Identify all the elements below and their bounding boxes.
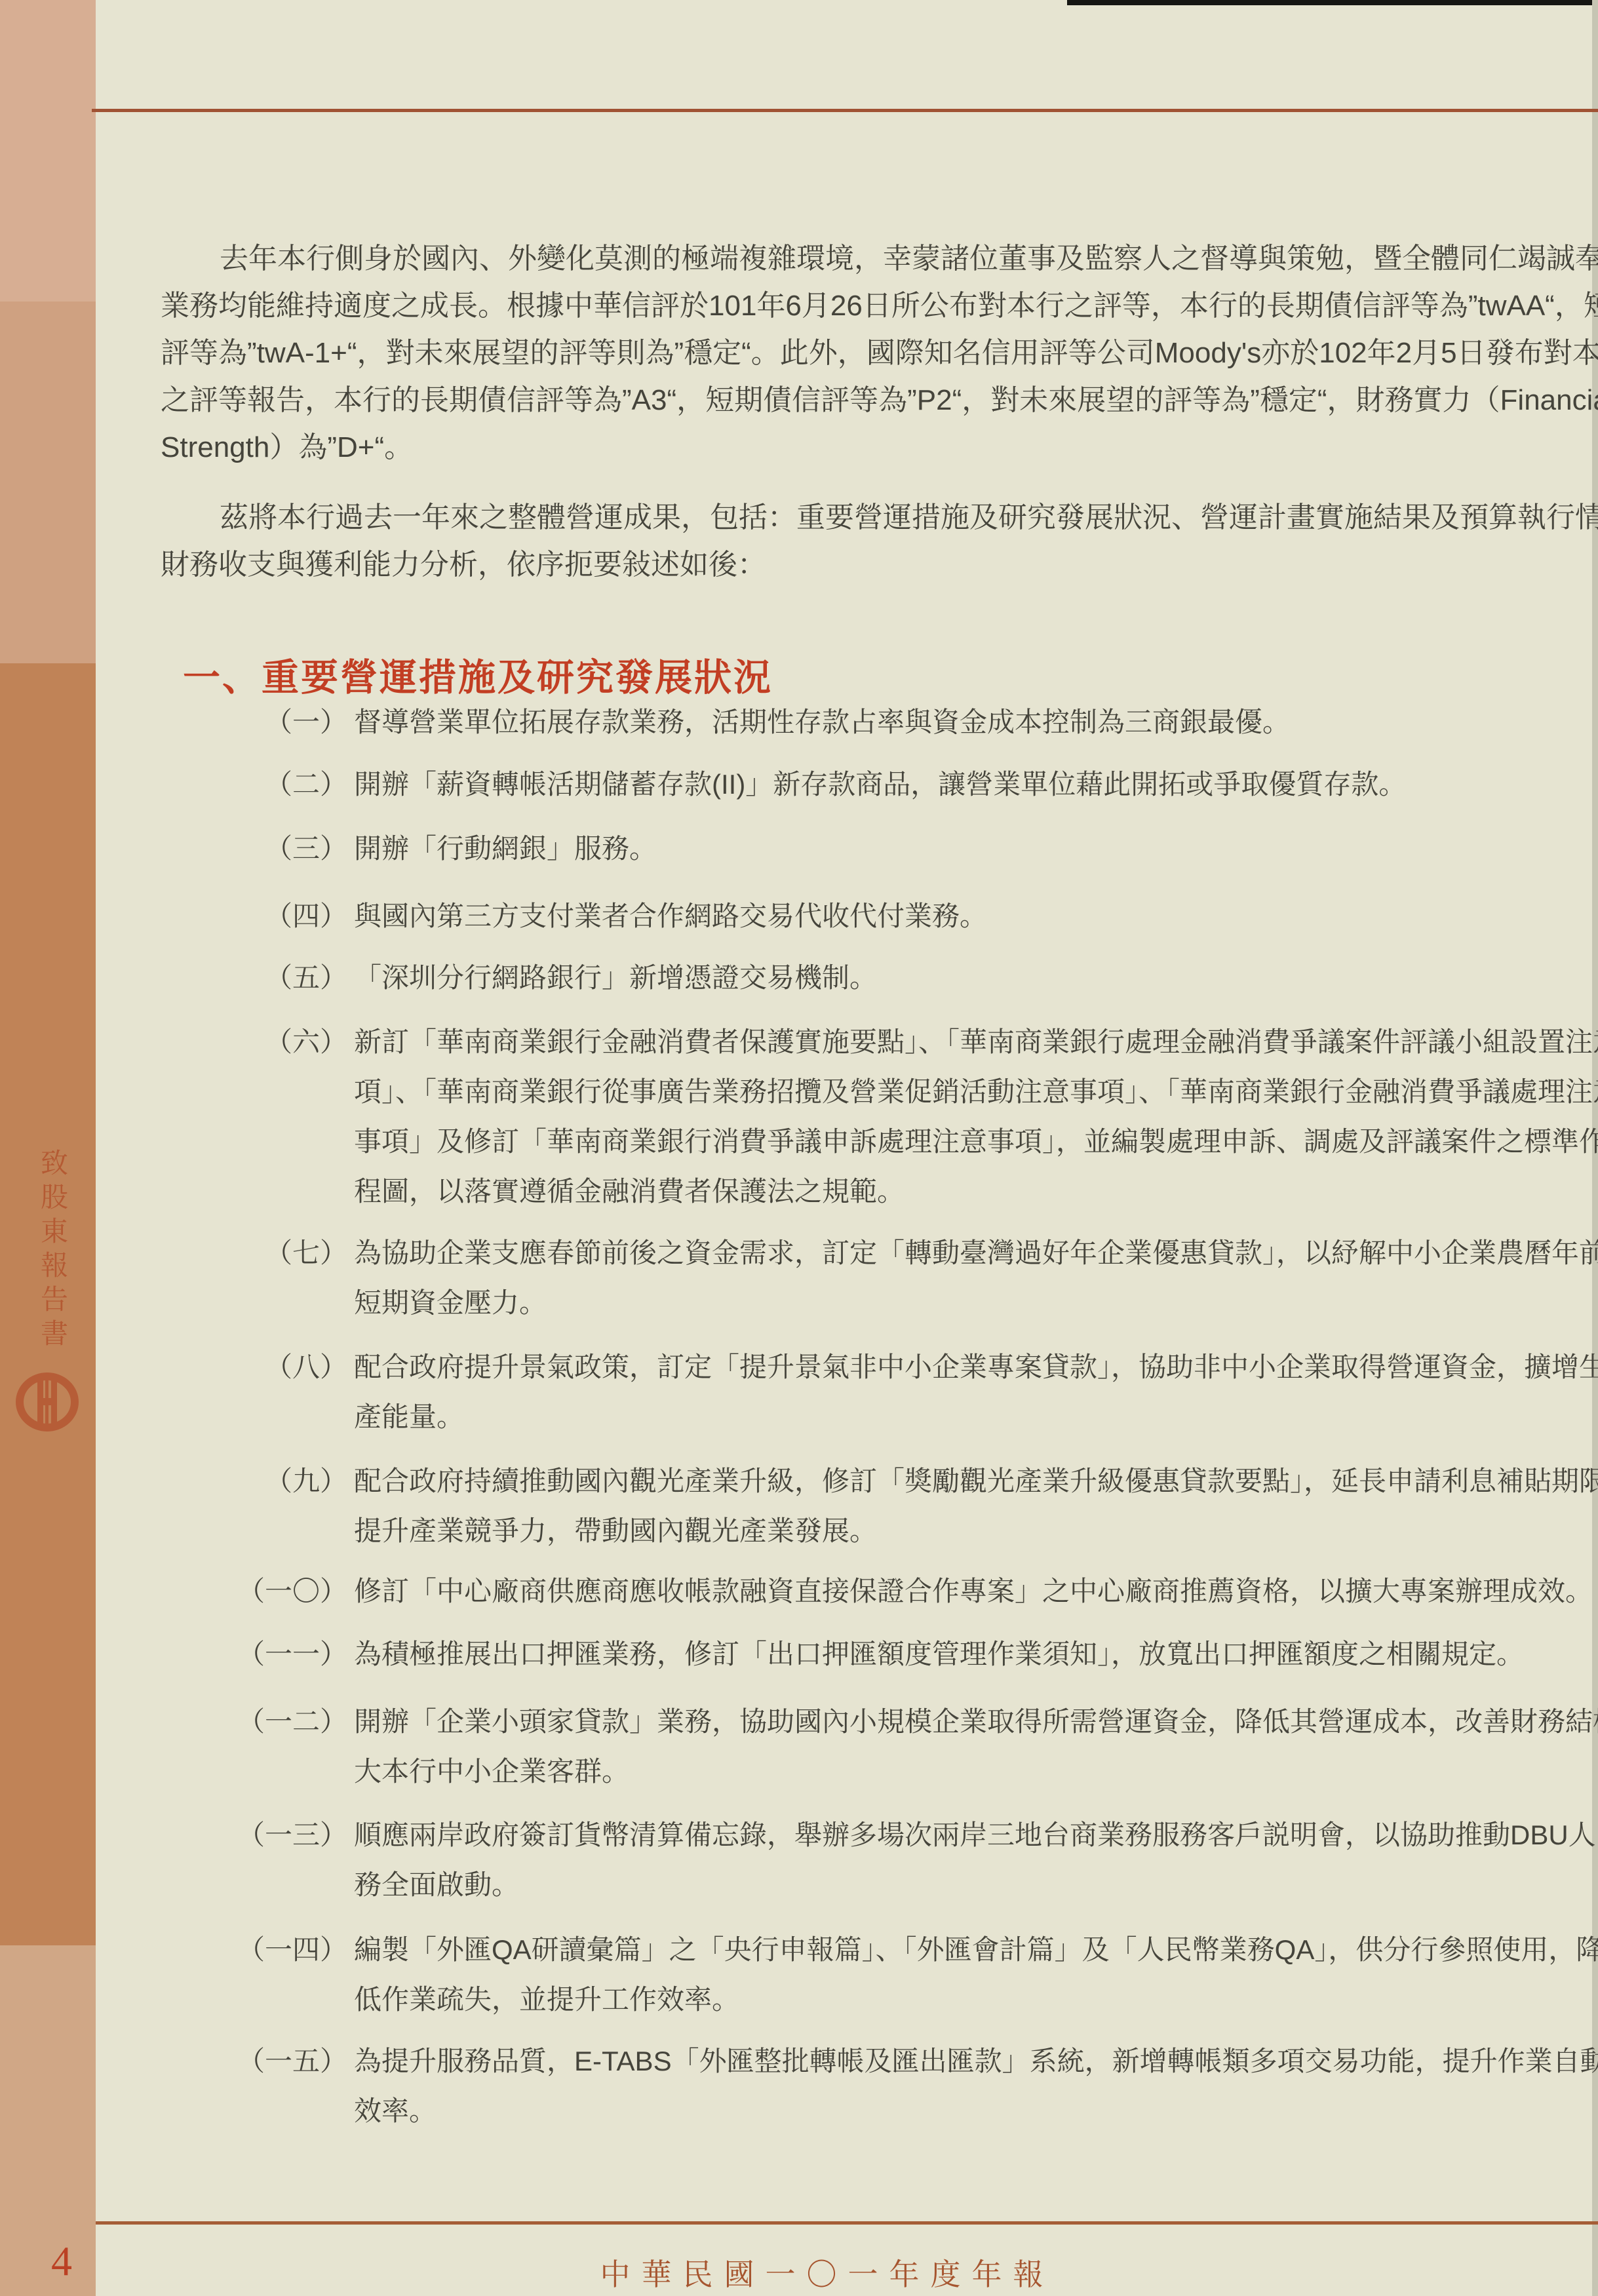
list-item-text: 為積極推展出口押匯業務，修訂「出口押匯額度管理作業須知」，放寬出口押匯額度之相關…: [354, 1629, 1524, 1679]
list-item-number: （一）: [265, 697, 347, 747]
footer-title: 中華民國一〇一年度年報: [76, 2251, 1578, 2294]
list-item-number: （一〇）: [237, 1566, 347, 1616]
list-item-text: 順應兩岸政府簽訂貨幣清算備忘錄，舉辦多場次兩岸三地台商業務服務客戶説明會，以協助…: [354, 1810, 1598, 1910]
sidebar-band-top: [0, 0, 96, 302]
list-item-text: 與國內第三方支付業者合作網路交易代收代付業務。: [354, 891, 987, 941]
huanan-bank-logo-icon: [16, 1372, 79, 1432]
list-item-number: （一一）: [237, 1629, 347, 1679]
sidebar: 致股東報告書 4: [0, 0, 96, 2296]
list-item-10: （一〇）修訂「中心廠商供應商應收帳款融資直接保證合作專案」之中心廠商推薦資格，以…: [354, 1566, 1593, 1616]
list-item-15: （一五）為提升服務品質，E-TABS「外匯整批轉帳及匯出匯款」系統，新增轉帳類多…: [354, 2036, 1598, 2136]
list-item-13: （一三）順應兩岸政府簽訂貨幣清算備忘錄，舉辦多場次兩岸三地台商業務服務客戶説明會…: [354, 1810, 1598, 1910]
section-heading: 一、重要營運措施及研究發展狀況: [183, 648, 773, 701]
list-item-text: 新訂「華南商業銀行金融消費者保護實施要點」、「華南商業銀行處理金融消費爭議案件評…: [354, 1017, 1598, 1216]
list-item-text: 修訂「中心廠商供應商應收帳款融資直接保證合作專案」之中心廠商推薦資格，以擴大專案…: [354, 1566, 1593, 1616]
list-item-3: （三）開辦「行動網銀」服務。: [354, 824, 657, 874]
list-item-number: （六）: [265, 1017, 347, 1067]
list-item-number: （一二）: [237, 1697, 347, 1747]
list-item-text: 配合政府持續推動國內觀光產業升級，修訂「獎勵觀光產業升級優惠貸款要點」，延長申請…: [354, 1456, 1598, 1556]
top-rule: [92, 109, 1598, 112]
list-item-11: （一一）為積極推展出口押匯業務，修訂「出口押匯額度管理作業須知」，放寬出口押匯額…: [354, 1629, 1524, 1679]
list-item-number: （二）: [265, 760, 347, 809]
list-item-text: 為協助企業支應春節前後之資金需求，訂定「轉動臺灣過好年企業優惠貸款」，以紓解中小…: [354, 1228, 1598, 1328]
sidebar-vertical-title: 致股東報告書: [33, 1148, 72, 1353]
list-item-number: （一五）: [237, 2036, 347, 2086]
list-item-text: 為提升服務品質，E-TABS「外匯整批轉帳及匯出匯款」系統，新增轉帳類多項交易功…: [354, 2036, 1598, 2136]
list-item-number: （五）: [265, 953, 347, 1003]
list-item-5: （五）「深圳分行網路銀行」新增憑證交易機制。: [354, 953, 877, 1003]
list-item-text: 開辦「薪資轉帳活期儲蓄存款(II)」新存款商品，讓營業單位藉此開拓或爭取優質存款…: [354, 760, 1406, 809]
scan-edge-artifact: [1067, 0, 1598, 5]
list-item-text: 配合政府提升景氣政策，訂定「提升景氣非中小企業專案貸款」，協助非中小企業取得營運…: [354, 1342, 1598, 1442]
list-item-4: （四）與國內第三方支付業者合作網路交易代收代付業務。: [354, 891, 987, 941]
paragraph-credit-ratings: 去年本行側身於國內、外變化莫測的極端複雜環境，幸蒙諸位董事及監察人之督導與策勉，…: [161, 235, 1557, 471]
list-item-number: （一四）: [237, 1925, 347, 1975]
list-item-number: （四）: [265, 891, 347, 941]
list-item-14: （一四）編製「外匯QA研讀彙篇」之「央行申報篇」、「外匯會計篇」及「人民幣業務Q…: [354, 1925, 1598, 2025]
sidebar-band-upper: [0, 302, 96, 663]
list-item-number: （八）: [265, 1342, 347, 1392]
list-item-text: 開辦「企業小頭家貸款」業務，協助國內小規模企業取得所需營運資金，降低其營運成本，…: [354, 1697, 1598, 1797]
list-item-text: 開辦「行動網銀」服務。: [354, 824, 657, 874]
list-item-text: 「深圳分行網路銀行」新增憑證交易機制。: [354, 953, 877, 1003]
list-item-9: （九）配合政府持續推動國內觀光產業升級，修訂「獎勵觀光產業升級優惠貸款要點」，延…: [354, 1456, 1598, 1556]
list-item-number: （三）: [265, 824, 347, 874]
list-item-number: （九）: [265, 1456, 347, 1506]
list-item-12: （一二）開辦「企業小頭家貸款」業務，協助國內小規模企業取得所需營運資金，降低其營…: [354, 1697, 1598, 1797]
list-item-8: （八）配合政府提升景氣政策，訂定「提升景氣非中小企業專案貸款」，協助非中小企業取…: [354, 1342, 1598, 1442]
list-item-number: （七）: [265, 1228, 347, 1278]
list-item-1: （一）督導營業單位拓展存款業務，活期性存款占率與資金成本控制為三商銀最優。: [354, 697, 1290, 747]
paragraph-report-overview: 茲將本行過去一年來之整體營運成果，包括：重要營運措施及研究發展狀況、營運計畫實施…: [161, 494, 1557, 589]
list-item-6: （六）新訂「華南商業銀行金融消費者保護實施要點」、「華南商業銀行處理金融消費爭議…: [354, 1017, 1598, 1216]
list-item-7: （七）為協助企業支應春節前後之資金需求，訂定「轉動臺灣過好年企業優惠貸款」，以紓…: [354, 1228, 1598, 1328]
list-item-2: （二）開辦「薪資轉帳活期儲蓄存款(II)」新存款商品，讓營業單位藉此開拓或爭取優…: [354, 760, 1406, 809]
list-item-number: （一三）: [237, 1810, 347, 1860]
footer-rule: [96, 2221, 1598, 2225]
list-item-text: 督導營業單位拓展存款業務，活期性存款占率與資金成本控制為三商銀最優。: [354, 697, 1290, 747]
list-item-text: 編製「外匯QA研讀彙篇」之「央行申報篇」、「外匯會計篇」及「人民幣業務QA」，供…: [354, 1925, 1598, 2025]
